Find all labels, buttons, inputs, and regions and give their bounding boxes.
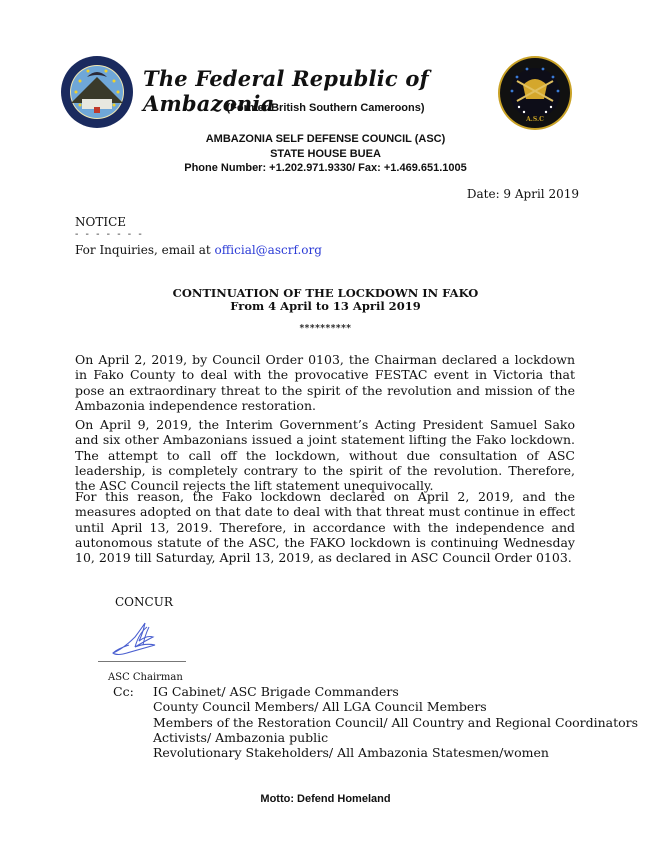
inquiry-line: For Inquiries, email at official@ascrf.o… xyxy=(75,243,322,257)
organization-location: STATE HOUSE BUEA xyxy=(0,147,651,162)
document-date: Date: 9 April 2019 xyxy=(467,187,579,201)
organization-name: AMBAZONIA SELF DEFENSE COUNCIL (ASC) xyxy=(0,132,651,147)
notice-label: NOTICE xyxy=(75,215,126,229)
inquiry-prefix: For Inquiries, email at xyxy=(75,243,215,257)
notice-period: From 4 April to 13 April 2019 xyxy=(0,300,651,313)
federal-republic-seal-icon xyxy=(60,55,134,129)
cc-recipient: County Council Members/ All LGA Council … xyxy=(153,699,638,714)
svg-text:A.S.C: A.S.C xyxy=(525,116,544,123)
signatory-title: ASC Chairman xyxy=(108,672,183,683)
body-paragraph: For this reason, the Fako lockdown decla… xyxy=(75,489,575,565)
contact-numbers: Phone Number: +1.202.971.9330/ Fax: +1.4… xyxy=(0,161,651,176)
organization-block: AMBAZONIA SELF DEFENSE COUNCIL (ASC) STA… xyxy=(0,132,651,176)
cc-label: Cc: xyxy=(113,684,134,699)
heading-separator: ********** xyxy=(0,324,651,334)
signature-line xyxy=(98,661,186,662)
signature-icon xyxy=(105,617,175,662)
footer-motto: Motto: Defend Homeland xyxy=(0,793,651,805)
cc-recipient: Activists/ Ambazonia public xyxy=(153,730,638,745)
body-paragraph: On April 9, 2019, the Interim Government… xyxy=(75,417,575,493)
notice-heading: CONTINUATION OF THE LOCKDOWN IN FAKO Fro… xyxy=(0,287,651,313)
concur-label: CONCUR xyxy=(115,595,173,609)
cc-recipient: IG Cabinet/ ASC Brigade Commanders xyxy=(153,684,638,699)
ambazonia-self-defense-council-seal-icon: A.S.C xyxy=(497,55,573,131)
cc-recipient: Members of the Restoration Council/ All … xyxy=(153,715,638,730)
cc-list: IG Cabinet/ ASC Brigade Commanders Count… xyxy=(153,684,638,760)
body-paragraph: On April 2, 2019, by Council Order 0103,… xyxy=(75,352,575,413)
inquiry-email-link[interactable]: official@ascrf.org xyxy=(215,243,322,257)
notice-divider: - - - - - - - xyxy=(75,229,144,240)
header-subtitle: (Former British Southern Cameroons) xyxy=(0,102,651,114)
cc-recipient: Revolutionary Stakeholders/ All Ambazoni… xyxy=(153,745,638,760)
